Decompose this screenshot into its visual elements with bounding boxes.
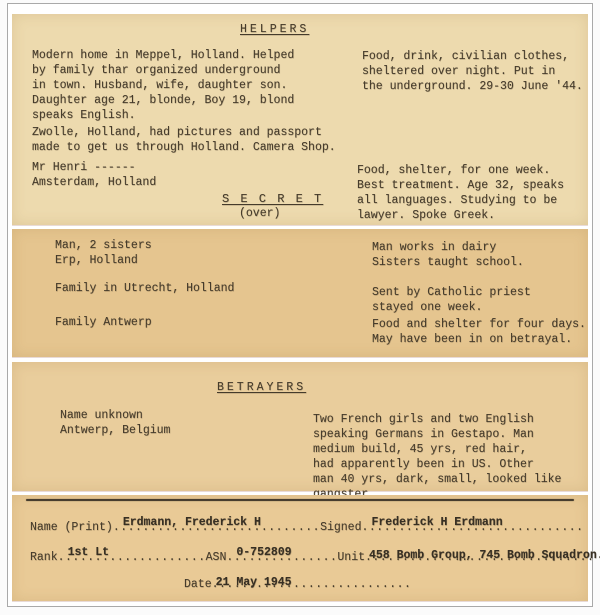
section-helpers-continued: Man, 2 sisters Erp, Holland Man works in… bbox=[12, 229, 588, 357]
helper-row-detail: Man works in dairy Sisters taught school… bbox=[372, 240, 524, 270]
helper-row-description: Family in Utrecht, Holland bbox=[55, 281, 234, 296]
helper-row-description: Family Antwerp bbox=[55, 315, 152, 330]
asn-label: ASN bbox=[206, 551, 227, 564]
betrayer-description: Two French girls and two English speakin… bbox=[313, 412, 561, 502]
date-field: ...........................21 May 1945 bbox=[212, 577, 412, 592]
helper-row-detail: Food and shelter for four days. May have… bbox=[372, 317, 586, 347]
unit-field: ...............................458 Bomb … bbox=[365, 550, 594, 565]
unit-value: 458 Bomb Group, 745 Bomb Squadron. bbox=[369, 548, 600, 563]
rank-label: Rank bbox=[30, 551, 58, 564]
rank-asn-unit-line: Rank....................1st LtASN.......… bbox=[30, 550, 594, 565]
rank-value: 1st Lt bbox=[68, 545, 109, 560]
name-print-value: Erdmann, Frederick H bbox=[123, 515, 261, 530]
signed-field: ..............................Frederick … bbox=[361, 520, 583, 535]
asn-field: ...............0-752809 bbox=[226, 550, 337, 565]
helpers-entry3-description: Mr Henri ------ Amsterdam, Holland bbox=[32, 160, 156, 190]
date-line: Date...........................21 May 19… bbox=[184, 577, 411, 592]
section-betrayers: BETRAYERS Name unknown Antwerp, Belgium … bbox=[12, 362, 588, 491]
helper-row-description: Man, 2 sisters Erp, Holland bbox=[55, 238, 152, 268]
unit-label: Unit bbox=[337, 551, 365, 564]
section-signature-block: Name (Print)............................… bbox=[12, 495, 588, 601]
secret-over-note: (over) bbox=[239, 206, 280, 221]
section-helpers: HELPERS Modern home in Meppel, Holland. … bbox=[12, 14, 588, 225]
scanned-document-page: HELPERS Modern home in Meppel, Holland. … bbox=[0, 0, 600, 615]
rank-field: ....................1st Lt bbox=[58, 550, 206, 565]
signed-label: Signed bbox=[320, 521, 361, 534]
name-signed-line: Name (Print)............................… bbox=[30, 520, 584, 535]
name-print-field: ............................Erdmann, Fre… bbox=[113, 520, 320, 535]
horizontal-rule bbox=[26, 499, 574, 501]
helpers-entry1-assistance: Food, drink, civilian clothes, sheltered… bbox=[362, 49, 583, 94]
helpers-entry1-description: Modern home in Meppel, Holland. Helped b… bbox=[32, 48, 294, 123]
name-print-label: Name (Print) bbox=[30, 521, 113, 534]
betrayers-title: BETRAYERS bbox=[217, 380, 306, 395]
secret-classification-stamp: S E C R E T bbox=[222, 192, 323, 207]
date-value: 21 May 1945 bbox=[216, 575, 292, 590]
helper-row-detail: Sent by Catholic priest stayed one week. bbox=[372, 285, 531, 315]
betrayer-identity: Name unknown Antwerp, Belgium bbox=[60, 408, 170, 438]
helpers-title: HELPERS bbox=[240, 22, 309, 37]
helpers-entry2-description: Zwolle, Holland, had pictures and passpo… bbox=[32, 125, 336, 155]
helpers-entry3-assistance: Food, shelter, for one week. Best treatm… bbox=[357, 163, 564, 223]
asn-value: 0-752809 bbox=[236, 545, 291, 560]
date-label: Date bbox=[184, 578, 212, 591]
signed-value: Frederick H Erdmann bbox=[371, 515, 502, 530]
